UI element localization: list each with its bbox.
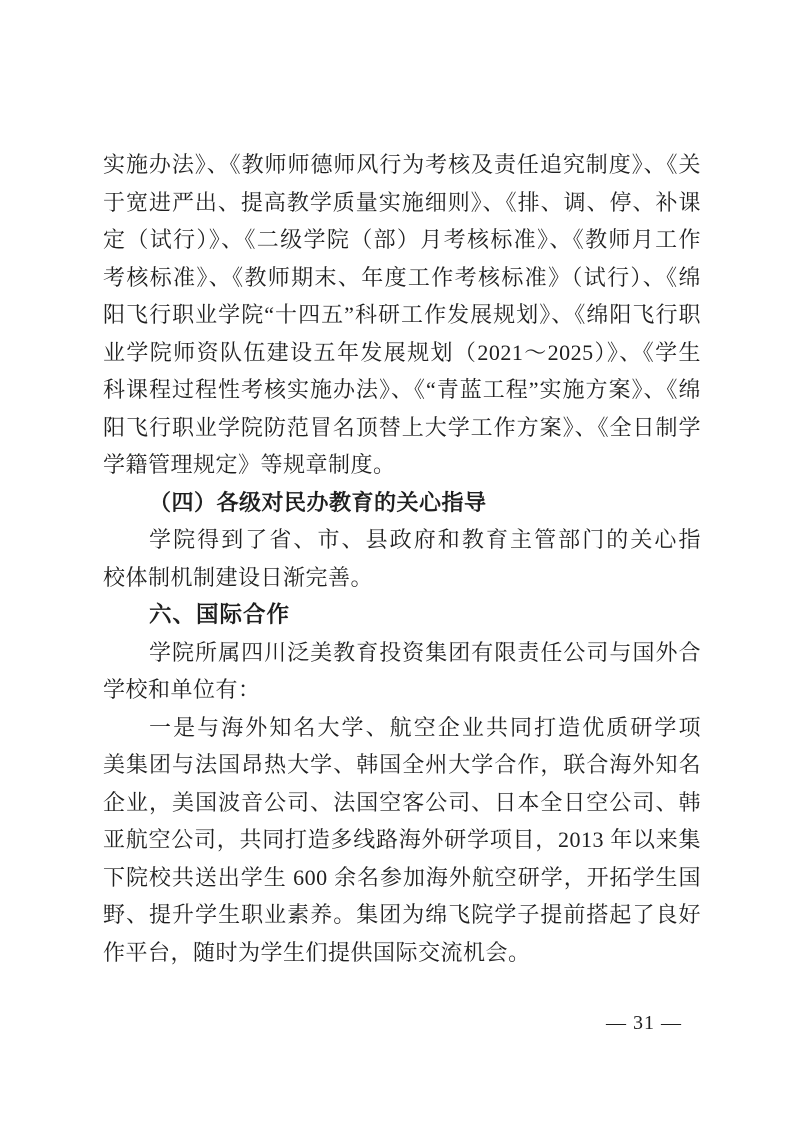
text-line: 学院所属四川泛美教育投资集团有限责任公司与国外合作 (103, 634, 701, 672)
text-line: 校体制机制建设日渐完善。 (103, 559, 701, 597)
document-body: 实施办法》、《教师师德师风行为考核及责任追究制度》、《关于宽进严出、提高教学质量… (103, 146, 701, 971)
text-line: 科课程过程性考核实施办法》、《“青蓝工程”实施方案》、《绵 (103, 371, 701, 409)
text-line: 学院得到了省、市、县政府和教育主管部门的关心指导，学 (103, 521, 701, 559)
text-line: 亚航空公司，共同打造多线路海外研学项目，2013 年以来集团旗 (103, 821, 701, 859)
text-line: 实施办法》、《教师师德师风行为考核及责任追究制度》、《关 (103, 146, 701, 184)
text-line: 作平台，随时为学生们提供国际交流机会。 (103, 934, 701, 972)
text-line: 企业，美国波音公司、法国空客公司、日本全日空公司、韩国韩 (103, 784, 701, 822)
text-line: 一是与海外知名大学、航空企业共同打造优质研学项目。泛 (103, 709, 701, 747)
text-line: 野、提升学生职业素养。集团为绵飞院学子提前搭起了良好的合 (103, 896, 701, 934)
text-line: 阳飞行职业学院“十四五”科研工作发展规划》、《绵阳飞行职 (103, 296, 701, 334)
text-line: 考核标准》、《教师期末、年度工作考核标准》（试行）、《绵 (103, 259, 701, 297)
text-line: 学籍管理规定》等规章制度。 (103, 446, 701, 484)
text-line: 学校和单位有： (103, 671, 701, 709)
page-number: — 31 — (606, 1010, 682, 1036)
text-line: 美集团与法国昂热大学、韩国全州大学合作，联合海外知名航空 (103, 746, 701, 784)
text-line: 定（试行）》、《二级学院（部）月考核标准》、《教师月工作 (103, 221, 701, 259)
text-line: 阳飞行职业学院防范冒名顶替上大学工作方案》、《全日制学生 (103, 409, 701, 447)
text-line: 业学院师资队伍建设五年发展规划（2021～2025）》、《学生学 (103, 334, 701, 372)
text-line: 于宽进严出、提高教学质量实施细则》、《排、调、停、补课规 (103, 184, 701, 222)
document-page: 实施办法》、《教师师德师风行为考核及责任追究制度》、《关于宽进严出、提高教学质量… (0, 0, 794, 1122)
sub-heading: （四）各级对民办教育的关心指导 (103, 484, 701, 522)
section-heading: 六、国际合作 (103, 596, 701, 634)
text-line: 下院校共送出学生 600 余名参加海外航空研学，开拓学生国际视 (103, 859, 701, 897)
